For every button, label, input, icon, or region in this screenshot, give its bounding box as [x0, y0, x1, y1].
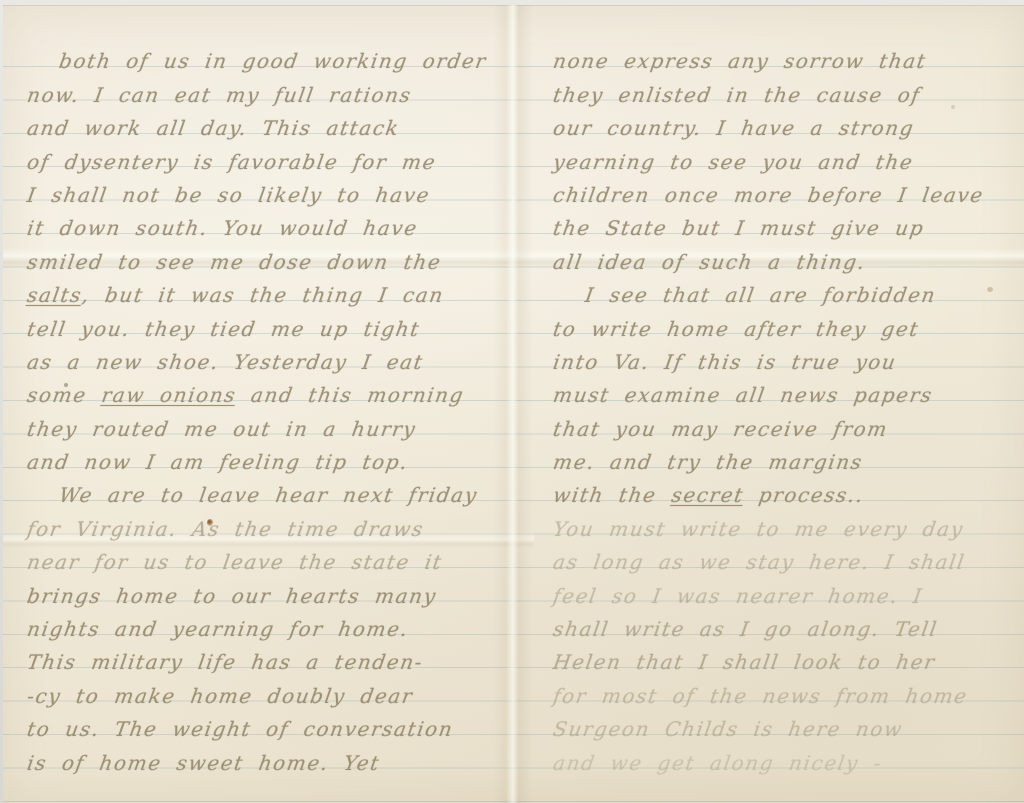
handwriting-line: and work all day. This attack — [25, 110, 503, 143]
handwriting-line: -cy to make home doubly dear — [25, 677, 503, 710]
handwriting-line: Helen that I shall look to her — [551, 644, 1017, 677]
handwriting-line: some raw onions and this morning — [25, 377, 503, 410]
foxing-spot — [987, 287, 993, 292]
handwriting-line: to write home after they get — [551, 310, 1017, 343]
handwriting-line: must examine all news papers — [551, 377, 1017, 410]
handwriting-line: of dysentery is favorable for me — [25, 143, 503, 176]
handwriting-line: both of us in good working order — [25, 43, 503, 76]
handwriting-line: We are to leave hear next friday — [25, 477, 503, 510]
handwriting-line: I see that all are forbidden — [551, 277, 1017, 310]
handwriting-line: smiled to see me dose down the — [25, 243, 503, 276]
handwriting-line: they enlisted in the cause of — [551, 76, 1017, 109]
handwriting-line: You must write to me every day — [551, 510, 1017, 543]
handwriting-line: they routed me out in a hurry — [25, 410, 503, 443]
page-left-column: both of us in good working ordernow. I c… — [25, 43, 503, 778]
handwriting-line: into Va. If this is true you — [551, 344, 1017, 377]
handwriting-line: as a new shoe. Yesterday I eat — [25, 344, 503, 377]
handwriting-line: none express any sorrow that — [551, 43, 1017, 76]
handwriting-line: that you may receive from — [551, 410, 1017, 443]
handwriting-line: shall write as I go along. Tell — [551, 611, 1017, 644]
page-right-column: none express any sorrow thatthey enliste… — [551, 43, 1017, 778]
handwriting-line: it down south. You would have — [25, 210, 503, 243]
handwriting-line: for most of the news from home — [551, 677, 1017, 710]
handwriting-line: me. and try the margins — [551, 444, 1017, 477]
handwriting-line: yearning to see you and the — [551, 143, 1017, 176]
handwriting-line: children once more before I leave — [551, 177, 1017, 210]
handwriting-line: with the secret process.. — [551, 477, 1017, 510]
handwriting-line: Surgeon Childs is here now — [551, 711, 1017, 744]
handwriting-line: the State but I must give up — [551, 210, 1017, 243]
handwriting-line: This military life has a tenden- — [25, 644, 503, 677]
handwriting-line: and we get along nicely - — [551, 744, 1017, 777]
handwriting-line: all idea of such a thing. — [551, 243, 1017, 276]
handwriting-line: and now I am feeling tip top. — [25, 444, 503, 477]
handwriting-line: tell you. they tied me up tight — [25, 310, 503, 343]
handwriting-line: for Virginia. As the time draws — [25, 510, 503, 543]
handwriting-line: brings home to our hearts many — [25, 577, 503, 610]
handwriting-line: salts, but it was the thing I can — [25, 277, 503, 310]
handwriting-line: feel so I was nearer home. I — [551, 577, 1017, 610]
handwriting-line: to us. The weight of conversation — [25, 711, 503, 744]
letter-photo: both of us in good working ordernow. I c… — [0, 0, 1024, 803]
letter-sheet: both of us in good working ordernow. I c… — [3, 5, 1024, 803]
ink-blemish — [64, 383, 68, 387]
handwriting-line: our country. I have a strong — [551, 110, 1017, 143]
foxing-spot — [951, 105, 955, 109]
handwriting-line: is of home sweet home. Yet — [25, 744, 503, 777]
handwriting-line: nights and yearning for home. — [25, 611, 503, 644]
handwriting-line: as long as we stay here. I shall — [551, 544, 1017, 577]
handwriting-line: near for us to leave the state it — [25, 544, 503, 577]
handwriting-line: now. I can eat my full rations — [25, 76, 503, 109]
handwriting-line: I shall not be so likely to have — [25, 177, 503, 210]
ink-blemish — [207, 519, 213, 526]
